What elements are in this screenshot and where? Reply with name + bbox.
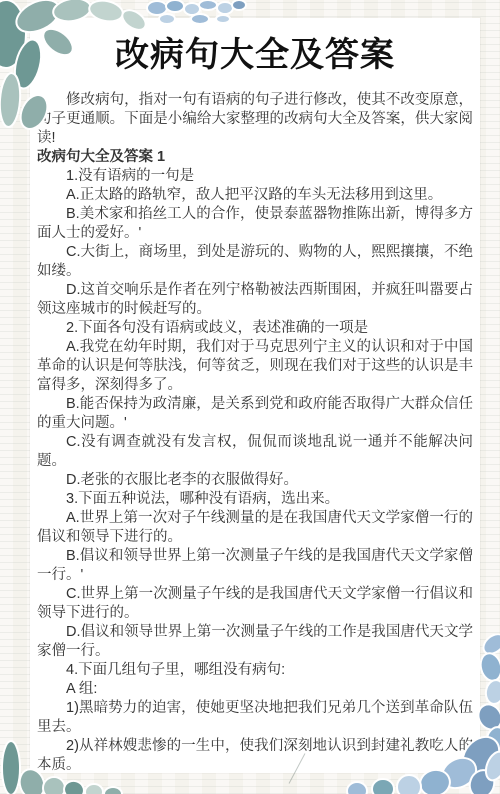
question-line: 2)从祥林嫂悲惨的一生中，使我们深刻地认识到封建礼教吃人的本质。 — [37, 737, 473, 775]
question-line: A.正太路的路轨窄，敌人把平汉路的车头无法移用到这里。 — [37, 186, 473, 205]
question-line: 4.下面几组句子里，哪组没有病句: — [37, 661, 473, 680]
question-line: 3.下面五种说法，哪种没有语病，选出来。 — [37, 490, 473, 509]
question-line: A.世界上第一次对子午线测量的是在我国唐代天文学家僧一行的倡议和领导下进行的。 — [37, 509, 473, 547]
question-line: B.能否保持为政清廉，是关系到党和政府能否取得广大群众信任的重大问题。' — [37, 395, 473, 433]
question-line: C.世界上第一次测量子午线的是我国唐代天文学家僧一行倡议和领导下进行的。 — [37, 585, 473, 623]
question-line: 2.下面各句没有语病或歧义，表述准确的一项是 — [37, 319, 473, 338]
body-text: 修改病句，指对一句有语病的句子进行修改，使其不改变原意，句子更通顺。下面是小编给… — [30, 91, 480, 775]
question-line: C.没有调查就没有发言权，侃侃而谈地乱说一通并不能解决问题。 — [37, 433, 473, 471]
question-line: C.大街上，商场里，到处是游玩的、购物的人，熙熙攘攘，不绝如缕。 — [37, 243, 473, 281]
question-line: D.这首交响乐是作者在列宁格勒被法西斯围困，并疯狂叫嚣要占领这座城市的时候赶写的… — [37, 281, 473, 319]
section-heading: 改病句大全及答案 1 — [37, 148, 473, 167]
question-line: A 组: — [37, 680, 473, 699]
question-line: D.倡议和领导世界上第一次测量子午线的工作是我国唐代天文学家僧一行。 — [37, 623, 473, 661]
question-line: 1)黑暗势力的迫害，使她更坚决地把我们兄弟几个送到革命队伍里去。 — [37, 699, 473, 737]
question-line: B.美术家和掐丝工人的合作，使景泰蓝器物推陈出新，博得多方面人士的爱好。' — [37, 205, 473, 243]
question-line: B.倡议和领导世界上第一次测量子午线的是我国唐代天文学家僧一行。' — [37, 547, 473, 585]
content-page: 改病句大全及答案 修改病句，指对一句有语病的句子进行修改，使其不改变原意，句子更… — [30, 18, 480, 773]
question-line: A.我党在幼年时期，我们对于马克思列宁主义的认识和对于中国革命的认识是何等肤浅，… — [37, 338, 473, 395]
page-title: 改病句大全及答案 — [30, 34, 480, 78]
question-line: D.老张的衣服比老李的衣服做得好。 — [37, 471, 473, 490]
question-line: 1.没有语病的一句是 — [37, 167, 473, 186]
intro-paragraph: 修改病句，指对一句有语病的句子进行修改，使其不改变原意，句子更通顺。下面是小编给… — [37, 91, 473, 148]
document-canvas: 改病句大全及答案 修改病句，指对一句有语病的句子进行修改，使其不改变原意，句子更… — [0, 0, 500, 794]
